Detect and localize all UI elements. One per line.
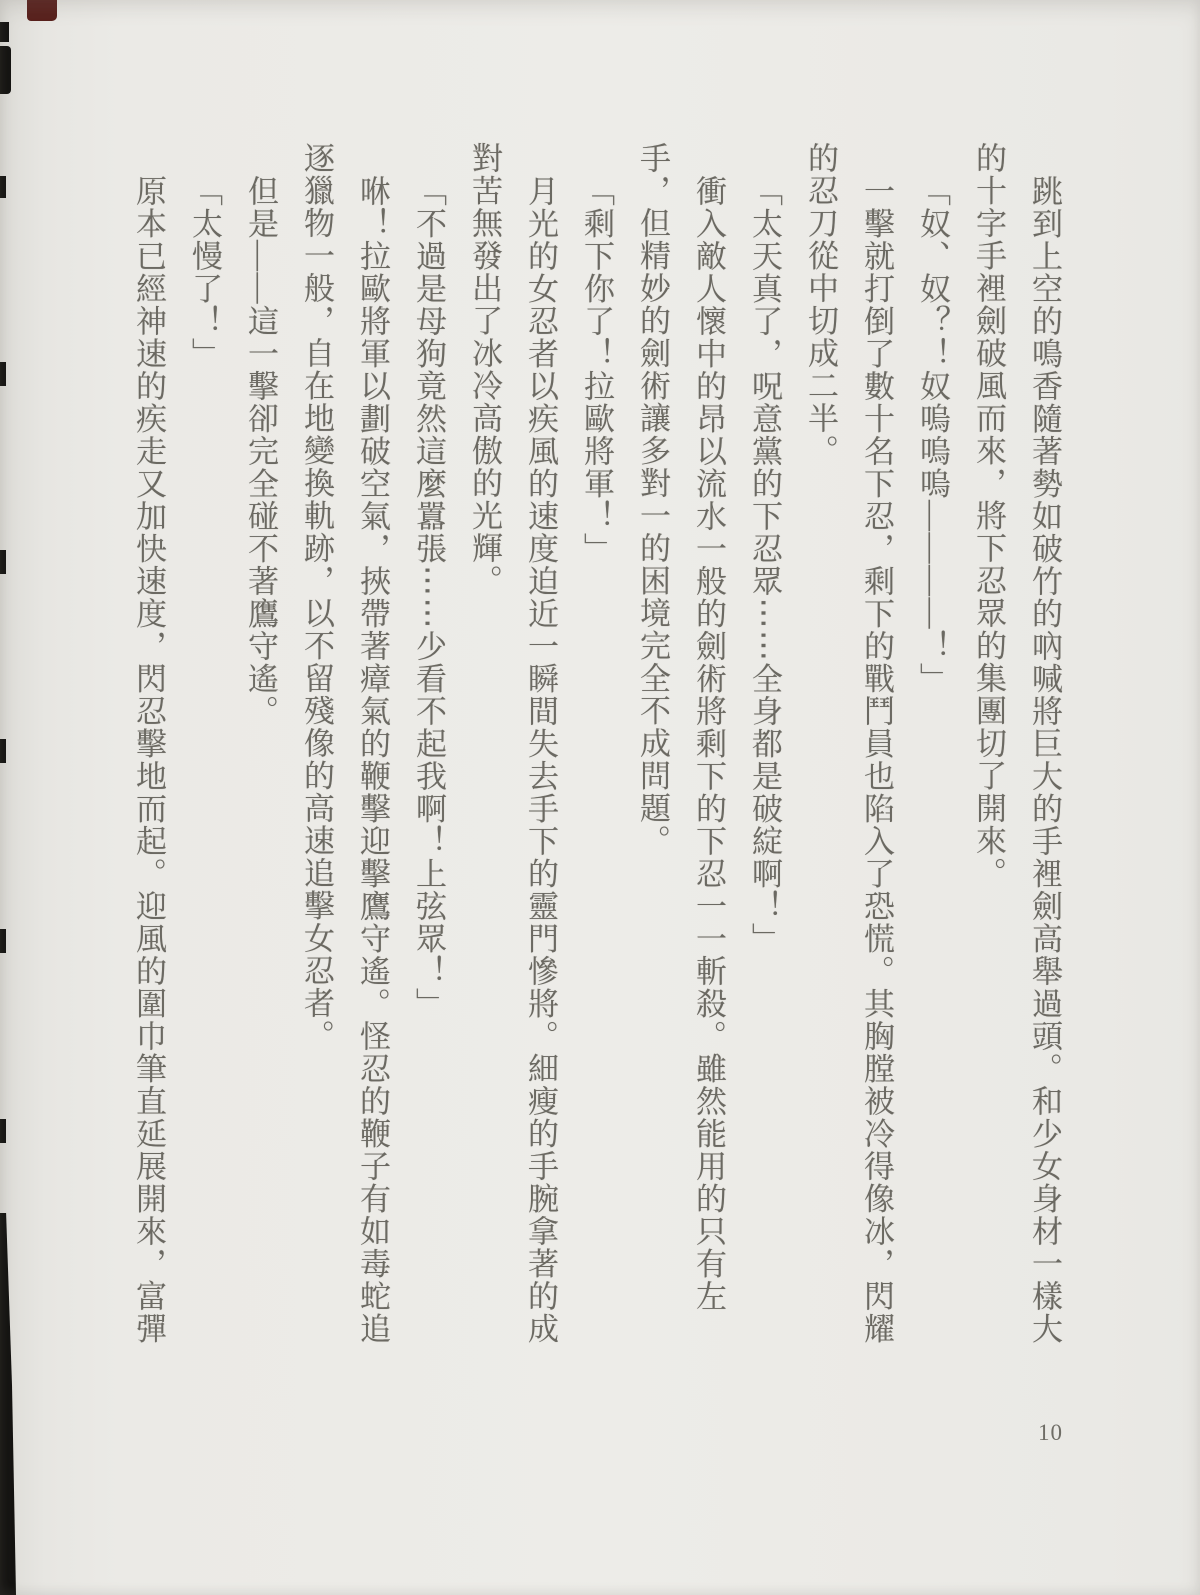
paragraph: 「太慢了！」 xyxy=(176,142,232,1352)
binding-mark xyxy=(0,22,9,42)
stitch-mark xyxy=(0,176,6,198)
paragraph: 一擊就打倒了數十名下忍，剩下的戰鬥員也陷入了恐慌。其胸膛被冷得像冰，閃耀的忍刀從… xyxy=(792,142,904,1352)
stitch-mark xyxy=(0,1119,6,1143)
body-text: 跳到上空的鳴香隨著勢如破竹的吶喊將巨大的手裡劍高舉過頭。和少女身材一樣大的十字手… xyxy=(120,142,1072,1352)
stitch-mark xyxy=(0,550,6,574)
paragraph: 跳到上空的鳴香隨著勢如破竹的吶喊將巨大的手裡劍高舉過頭。和少女身材一樣大的十字手… xyxy=(960,142,1072,1352)
paragraph: 「奴、奴？！奴嗚嗚嗚————！」 xyxy=(904,142,960,1352)
scanned-book-page: 跳到上空的鳴香隨著勢如破竹的吶喊將巨大的手裡劍高舉過頭。和少女身材一樣大的十字手… xyxy=(0,0,1200,1595)
paragraph: 「剩下你了！拉歐將軍！」 xyxy=(568,142,624,1352)
paragraph: 月光的女忍者以疾風的速度迫近一瞬間失去手下的靈門慘將。細瘦的手腕拿著的成對苦無發… xyxy=(456,142,568,1352)
paragraph: 「太天真了，呪意黨的下忍眾⋯⋯全身都是破綻啊！」 xyxy=(736,142,792,1352)
page-number: 10 xyxy=(1038,1420,1063,1446)
paragraph: 原本已經神速的疾走又加快速度，閃忍擊地而起。迎風的圍巾筆直延展開來，富彈 xyxy=(120,142,176,1352)
binding-shadow xyxy=(0,1213,16,1595)
stitch-mark xyxy=(0,739,6,763)
paragraph: 「不過是母狗竟然這麼囂張⋯⋯少看不起我啊！上弦眾！」 xyxy=(400,142,456,1352)
red-corner-mark xyxy=(27,0,57,21)
paragraph: 衝入敵人懷中的昂以流水一般的劍術將剩下的下忍一一斬殺。雖然能用的只有左手，但精妙… xyxy=(624,142,736,1352)
binding-mark xyxy=(0,46,11,94)
stitch-mark xyxy=(0,362,6,386)
paragraph: 咻！拉歐將軍以劃破空氣，挾帶著瘴氣的鞭擊迎擊鷹守遙。怪忍的鞭子有如毒蛇追逐獵物一… xyxy=(288,142,400,1352)
stitch-mark xyxy=(0,929,6,953)
paragraph: 但是——這一擊卻完全碰不著鷹守遙。 xyxy=(232,142,288,1352)
